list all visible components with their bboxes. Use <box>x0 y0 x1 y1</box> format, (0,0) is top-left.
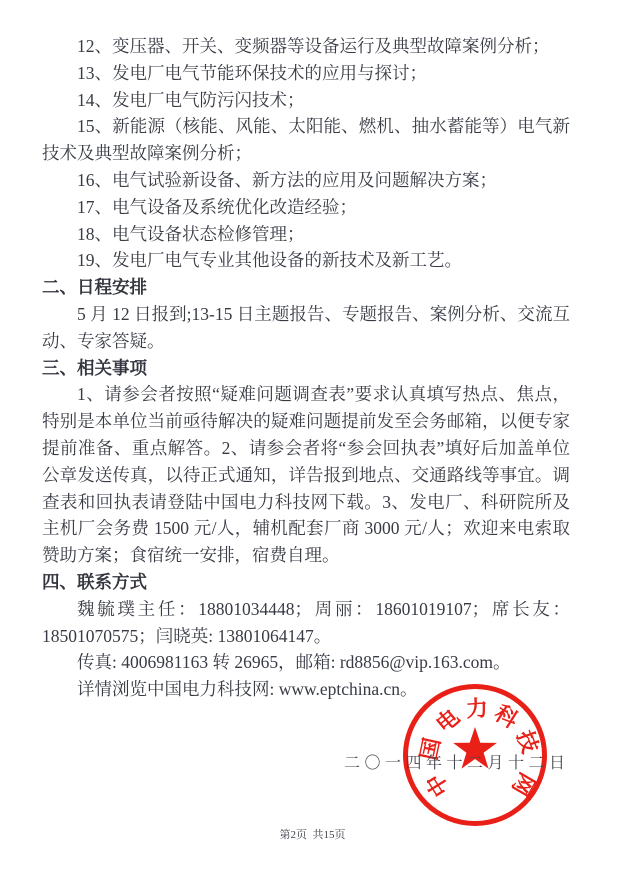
list-item: 18、电气设备状态检修管理； <box>42 221 570 248</box>
document-date: 二〇一四年十二月十二日 <box>344 750 570 773</box>
page-footer: 第2页 共15页 <box>0 826 625 842</box>
section-heading-notes: 三、相关事项 <box>42 355 570 382</box>
list-item: 17、电气设备及系统优化改造经验； <box>42 194 570 221</box>
list-item: 14、发电厂电气防污闪技术； <box>42 87 570 114</box>
list-item: 12、变压器、开关、变频器等设备运行及典型故障案例分析； <box>42 33 570 60</box>
list-item: 16、电气试验新设备、新方法的应用及问题解决方案； <box>42 167 570 194</box>
list-item: 13、发电厂电气节能环保技术的应用与探讨； <box>42 60 570 87</box>
section-heading-contact: 四、联系方式 <box>42 569 570 596</box>
document-body: 12、变压器、开关、变频器等设备运行及典型故障案例分析； 13、发电厂电气节能环… <box>42 33 570 703</box>
seal-ring-char: 力 <box>464 696 490 722</box>
seal-ring-char: 中 <box>421 769 454 802</box>
document-page: 12、变压器、开关、变频器等设备运行及典型故障案例分析； 13、发电厂电气节能环… <box>0 0 625 883</box>
notes-paragraph: 1、请参会者按照“疑难问题调查表”要求认真填写热点、焦点，特别是本单位当前亟待解… <box>42 381 570 569</box>
list-item: 19、发电厂电气专业其他设备的新技术及新工艺。 <box>42 247 570 274</box>
list-item: 15、新能源（核能、风能、太阳能、燃机、抽水蓄能等）电气新技术及典型故障案例分析… <box>42 113 570 167</box>
section-heading-schedule: 二、日程安排 <box>42 274 570 301</box>
schedule-paragraph: 5 月 12 日报到;13-15 日主题报告、专题报告、案例分析、交流互动、专家… <box>42 301 570 355</box>
contact-phones: 魏毓璞主任：18801034448；周丽：18601019107；席长友：185… <box>42 596 570 650</box>
contact-fax: 传真: 4006981163 转 26965，邮箱: rd8856@vip.16… <box>42 649 570 676</box>
